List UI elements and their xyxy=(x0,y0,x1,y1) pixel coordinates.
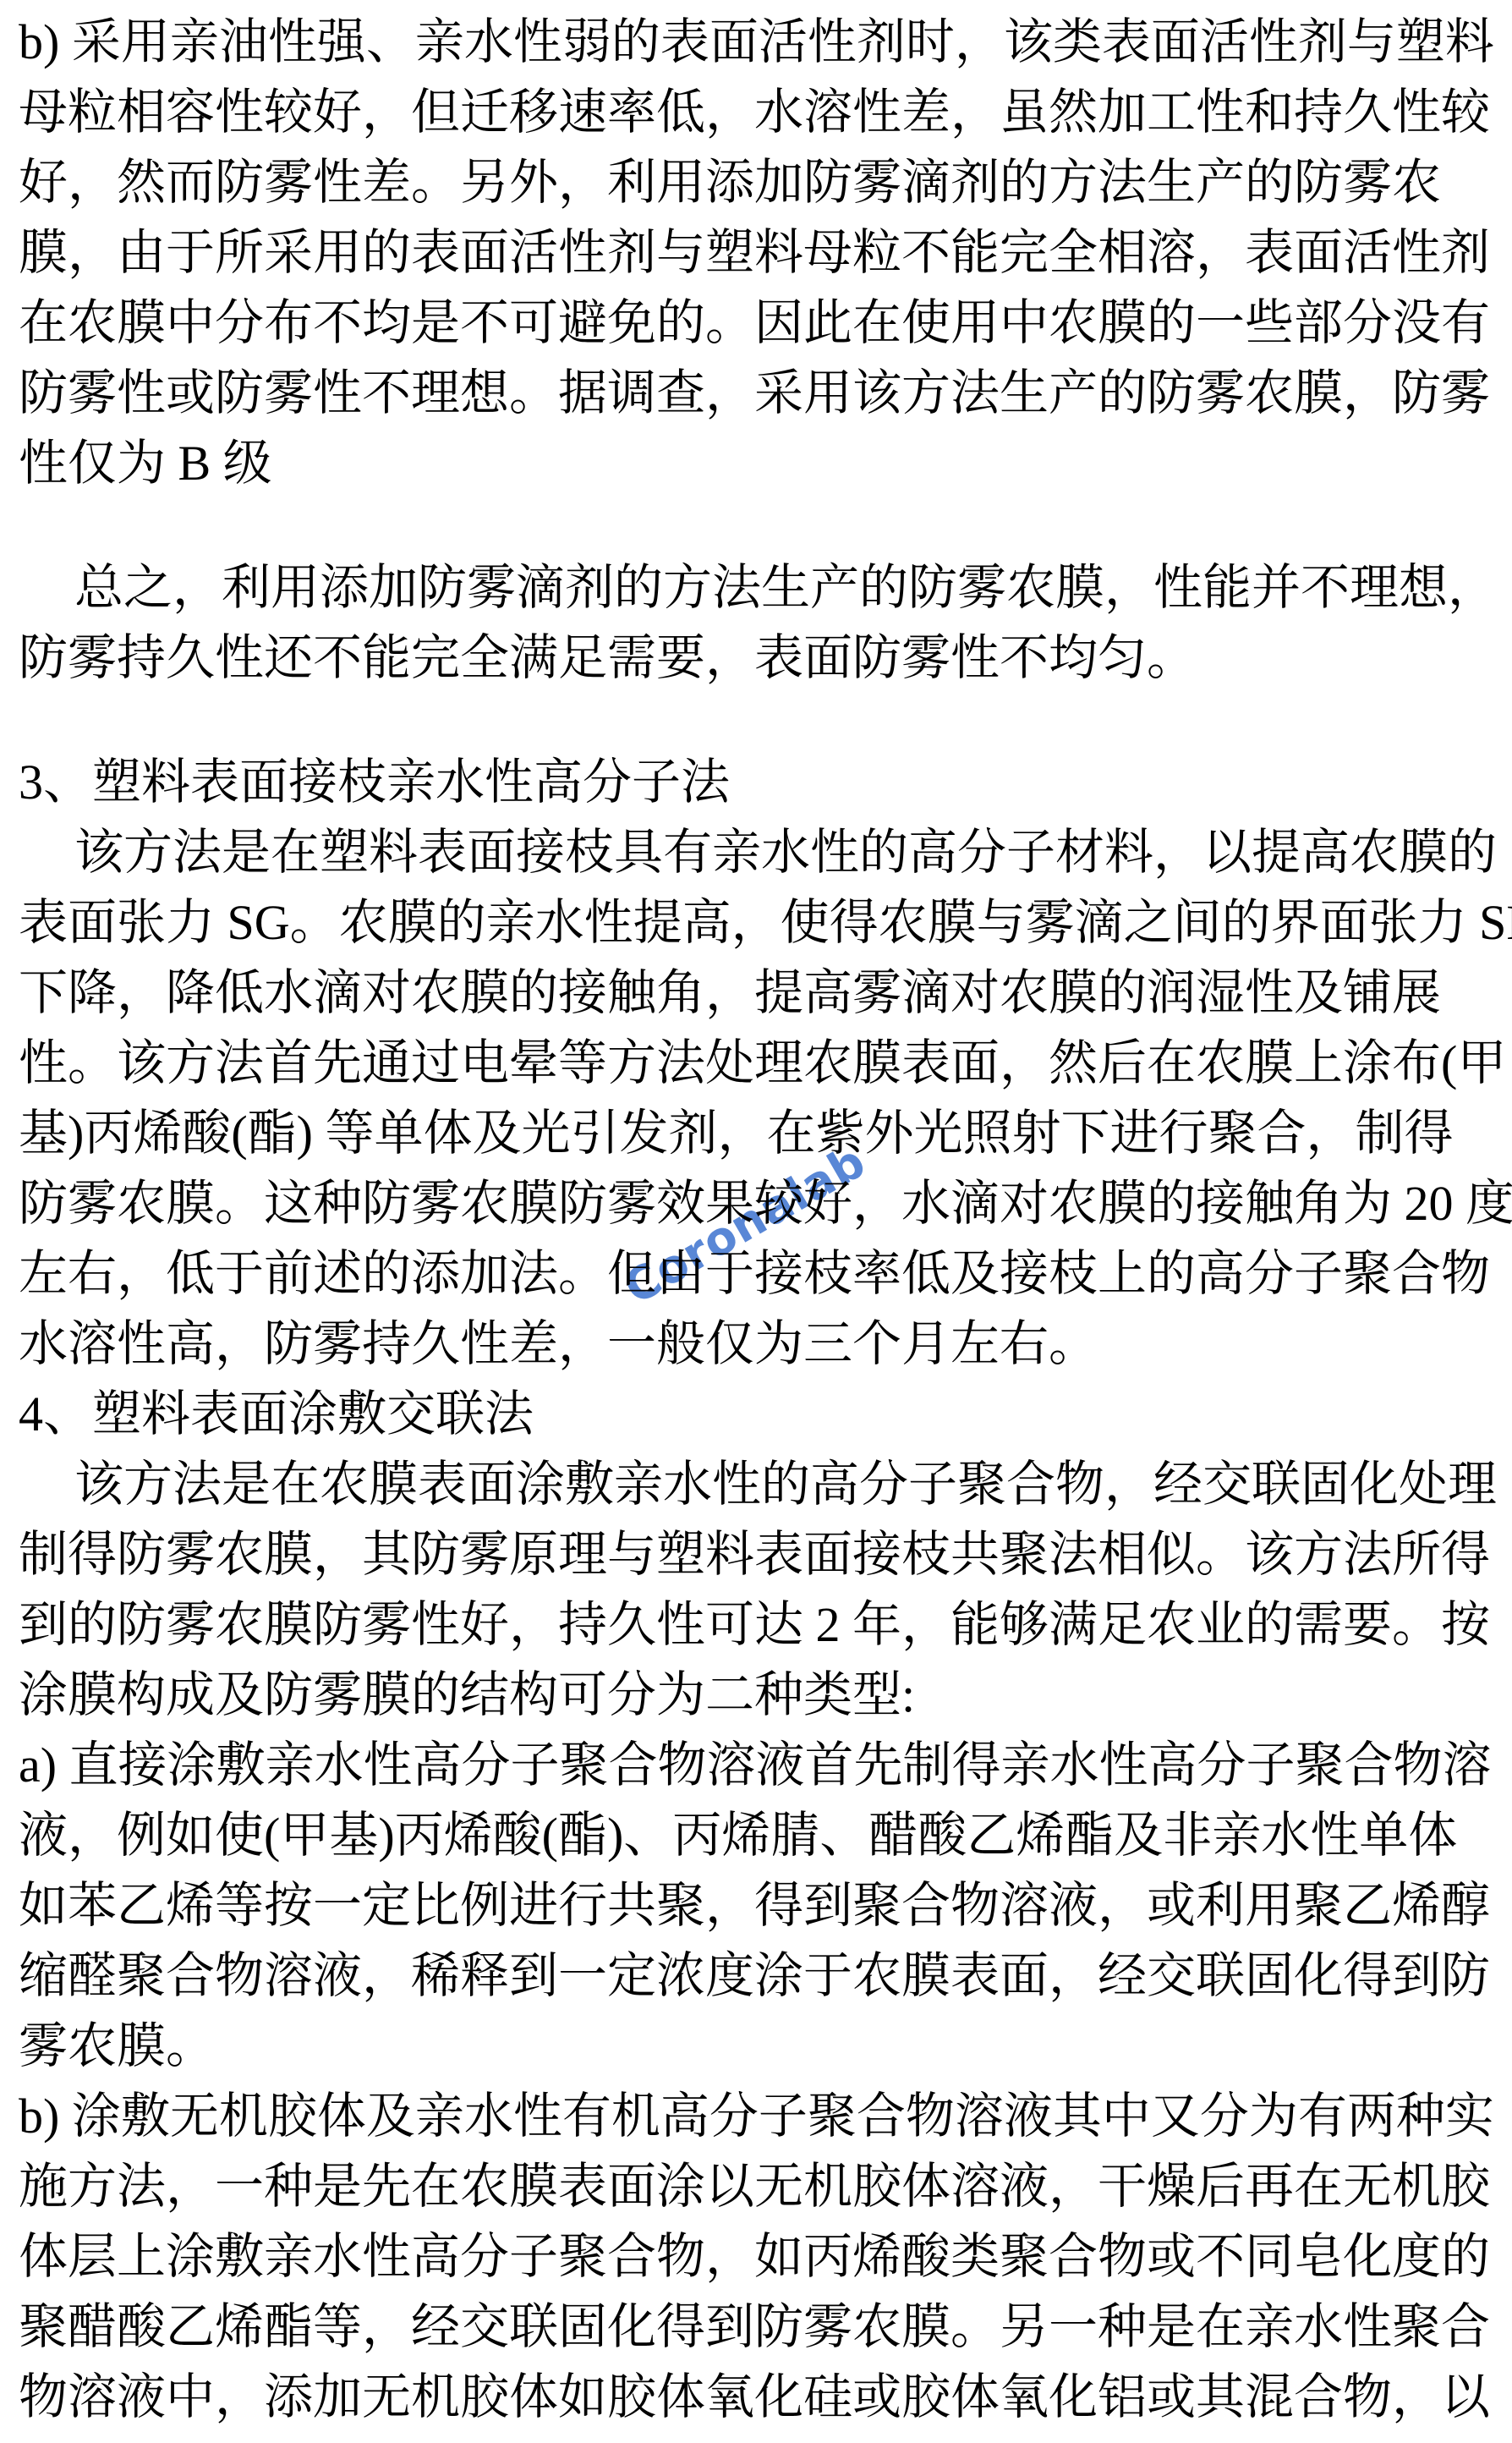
text-line: 膜，由于所采用的表面活性剂与塑料母粒不能完全相溶，表面活性剂 xyxy=(19,217,1500,288)
document-page: { "colors": { "background": "#ffffff", "… xyxy=(0,0,1512,2443)
text-line: 防雾性或防雾性不理想。据调查，采用该方法生产的防雾农膜，防雾 xyxy=(19,358,1500,428)
section-heading: 4、塑料表面涂敷交联法 xyxy=(19,1379,1500,1449)
text-line: 基)丙烯酸(酯) 等单体及光引发剂，在紫外光照射下进行聚合，制得 xyxy=(19,1098,1500,1168)
text-line: 总之，利用添加防雾滴剂的方法生产的防雾农膜，性能并不理想， xyxy=(19,552,1500,623)
text-line: 体层上涂敷亲水性高分子聚合物，如丙烯酸类聚合物或不同皂化度的 xyxy=(19,2221,1500,2292)
section-heading: 3、塑料表面接枝亲水性高分子法 xyxy=(19,747,1500,817)
text-line: 制得防雾农膜，其防雾原理与塑料表面接枝共聚法相似。该方法所得 xyxy=(19,1519,1500,1589)
text-line: 表面张力 SG。农膜的亲水性提高，使得农膜与雾滴之间的界面张力 SL xyxy=(19,887,1500,958)
text-line: 母粒相容性较好，但迁移速率低，水溶性差，虽然加工性和持久性较 xyxy=(19,77,1500,147)
text-line: 缩醛聚合物溶液，稀释到一定浓度涂于农膜表面，经交联固化得到防 xyxy=(19,1941,1500,2011)
text-line: 该方法是在农膜表面涂敷亲水性的高分子聚合物，经交联固化处理 xyxy=(19,1449,1500,1519)
text-line: 雾农膜。 xyxy=(19,2011,1500,2081)
list-item-line: a) 直接涂敷亲水性高分子聚合物溶液首先制得亲水性高分子聚合物溶 xyxy=(19,1730,1500,1800)
text-line: 如苯乙烯等按一定比例进行共聚，得到聚合物溶液，或利用聚乙烯醇 xyxy=(19,1870,1500,1941)
text-line: 施方法，一种是先在农膜表面涂以无机胶体溶液，干燥后再在无机胶 xyxy=(19,2151,1500,2221)
text-line: 聚醋酸乙烯酯等，经交联固化得到防雾农膜。另一种是在亲水性聚合 xyxy=(19,2292,1500,2362)
text-line: 涂膜构成及防雾膜的结构可分为二种类型: xyxy=(19,1660,1500,1730)
document-content: b) 采用亲油性强、亲水性弱的表面活性剂时，该类表面活性剂与塑料母粒相容性较好，… xyxy=(0,0,1512,2443)
text-line: 在农膜中分布不均是不可避免的。因此在使用中农膜的一些部分没有 xyxy=(19,288,1500,358)
text-line: 水溶性高，防雾持久性差，一般仅为三个月左右。 xyxy=(19,1309,1500,1379)
text-line: 液，例如使(甲基)丙烯酸(酯)、丙烯腈、醋酸乙烯酯及非亲水性单体 xyxy=(19,1800,1500,1870)
text-line: 性仅为 B 级 xyxy=(19,428,1500,498)
text-line: 好，然而防雾性差。另外，利用添加防雾滴剂的方法生产的防雾农 xyxy=(19,147,1500,217)
text-line: 到的防雾农膜防雾性好，持久性可达 2 年，能够满足农业的需要。按 xyxy=(19,1589,1500,1660)
text-line: 左右，低于前述的添加法。但由于接枝率低及接枝上的高分子聚合物 xyxy=(19,1238,1500,1309)
text-line: 该方法是在塑料表面接枝具有亲水性的高分子材料，以提高农膜的 xyxy=(19,817,1500,887)
list-item-line: b) 涂敷无机胶体及亲水性有机高分子聚合物溶液其中又分为有两种实 xyxy=(19,2081,1500,2151)
text-line: 防雾农膜。这种防雾农膜防雾效果较好，水滴对农膜的接触角为 20 度 xyxy=(19,1168,1500,1238)
text-line: 性。该方法首先通过电晕等方法处理农膜表面，然后在农膜上涂布(甲 xyxy=(19,1028,1500,1098)
text-line: 下降，降低水滴对农膜的接触角，提高雾滴对农膜的润湿性及铺展 xyxy=(19,958,1500,1028)
page-background: Coronalab b) 采用亲油性强、亲水性弱的表面活性剂时，该类表面活性剂与… xyxy=(0,0,1512,2443)
list-item-line: b) 采用亲油性强、亲水性弱的表面活性剂时，该类表面活性剂与塑料 xyxy=(19,7,1500,77)
text-line: 物溶液中，添加无机胶体如胶体氧化硅或胶体氧化铝或其混合物，以 xyxy=(19,2362,1500,2432)
text-line: 防雾持久性还不能完全满足需要，表面防雾性不均匀。 xyxy=(19,623,1500,693)
